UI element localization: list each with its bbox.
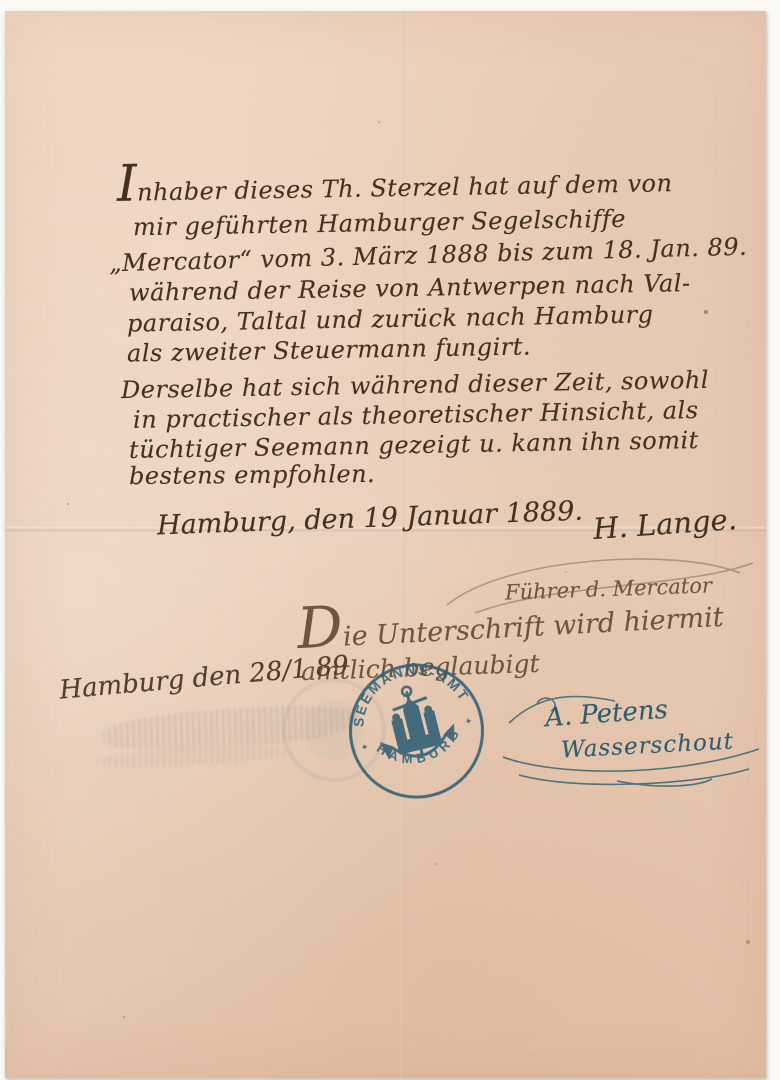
captain-signature: H. Lange.	[592, 502, 738, 546]
paper: Inhaber dieses Th. Sterzel hat auf dem v…	[5, 11, 766, 1078]
official-signature: A. Petens	[544, 695, 669, 734]
handwritten-line: als zweiter Steuermann fungirt.	[127, 332, 531, 367]
handwritten-line: bestens empfohlen.	[129, 460, 375, 490]
handwritten-line: paraiso, Taltal und zurück nach Hamburg	[127, 300, 654, 337]
stamp-star-left: ✦	[360, 742, 370, 754]
certification-line: Die Unterschrift wird hiermit	[296, 588, 724, 655]
document-scan: Inhaber dieses Th. Sterzel hat auf dem v…	[0, 0, 780, 1080]
official-title: Wasserschout	[560, 728, 734, 763]
dateline: Hamburg, den 19 Januar 1889.	[157, 496, 584, 542]
handwritten-line: mir geführten Hamburger Segelschiffe	[133, 205, 626, 242]
paper-specks	[5, 11, 7, 13]
handwritten-line: Inhaber dieses Th. Sterzel hat auf dem v…	[117, 156, 673, 207]
stamp-star-right: ✦	[464, 716, 474, 728]
hamburg-castle-icon	[385, 686, 442, 755]
